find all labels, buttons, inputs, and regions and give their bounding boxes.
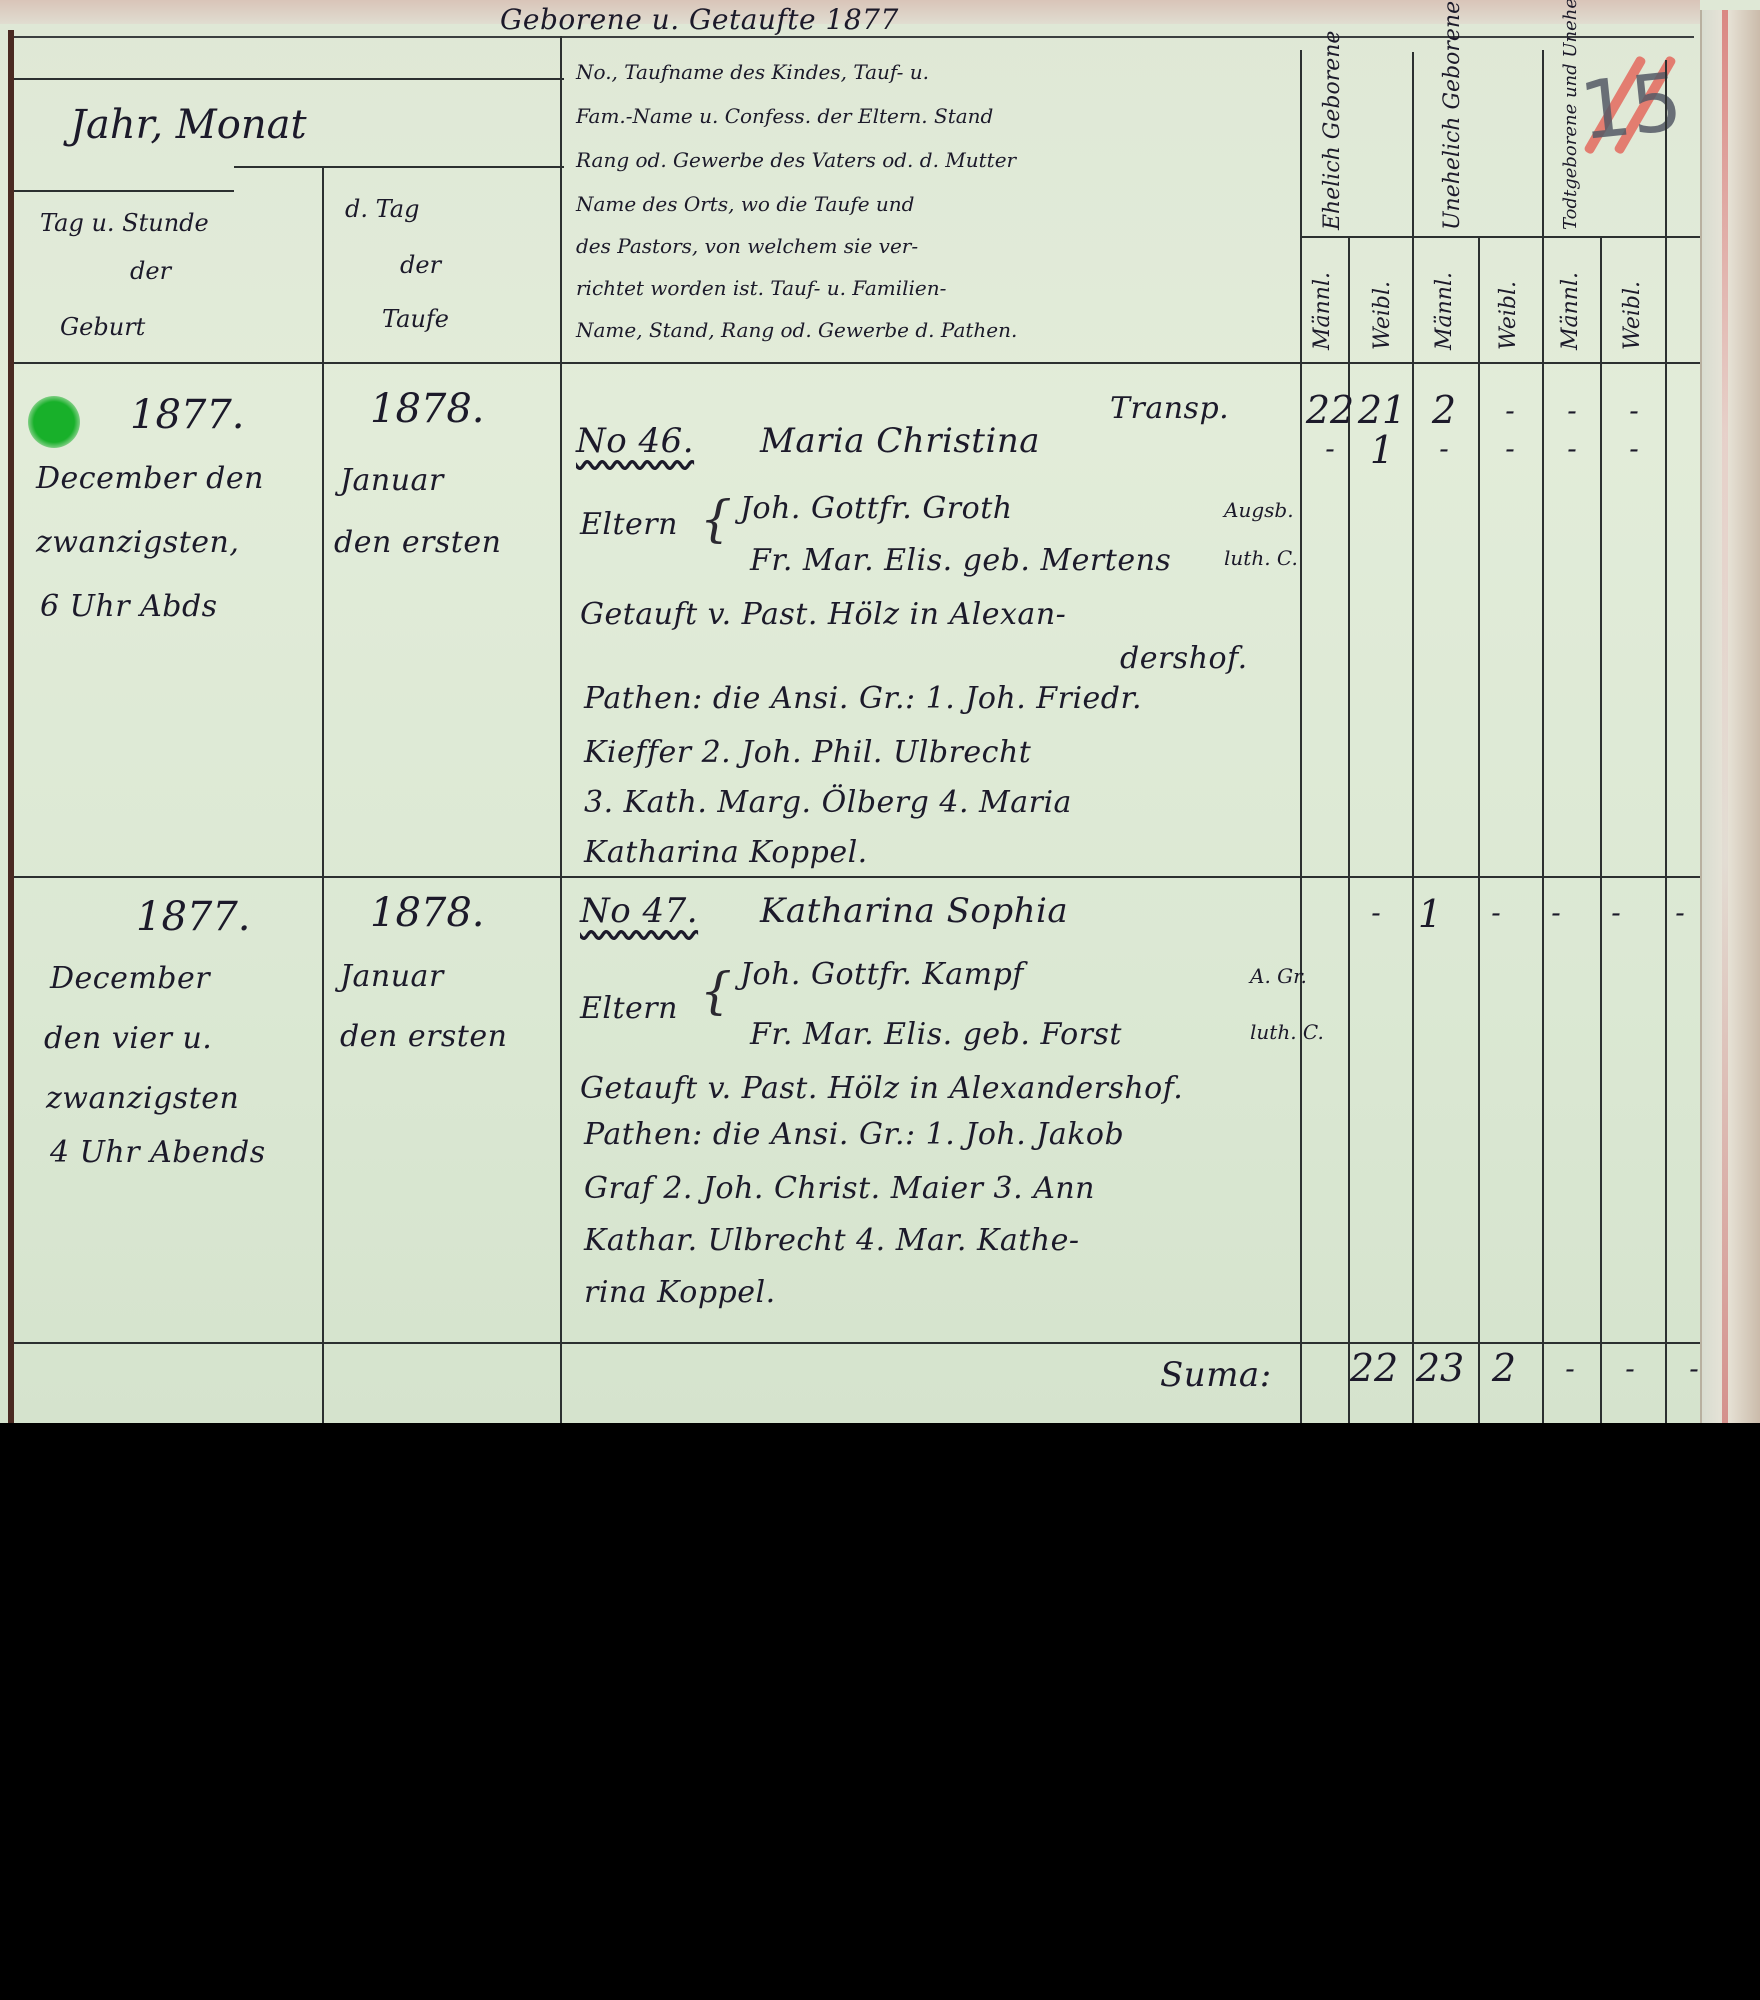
subheader-female: Weibl. [1496,260,1521,350]
confession: luth. C. [1250,1020,1324,1045]
header-year-month: Jahr, Monat [70,100,307,150]
page-title: Geborene u. Getaufte 1877 [500,2,899,37]
header-bottom-rule [14,362,1700,364]
father-name: Joh. Gottfr. Kampf [740,956,1024,994]
book-binding [8,30,14,1423]
child-name: Maria Christina [760,420,1040,463]
confession: A. Gr. [1250,964,1307,989]
subheader-female: Weibl. [1620,260,1645,350]
sponsors: Pathen: die Ansi. Gr.: 1. Joh. Friedr. [584,680,1142,718]
entry-number: No 47. [580,890,698,933]
page-right-edge [1700,10,1760,1423]
confession: Augsb. [1224,498,1294,523]
baptism-note: Getauft v. Past. Hölz in Alexan- [580,596,1066,634]
confession: luth. C. [1224,546,1298,571]
subheader-male: Männl. [1432,260,1457,350]
sponsors: Katharina Koppel. [584,834,868,872]
header-tally-group-illegitimate: Unehelich Geborene [1440,70,1465,230]
mother-name: Fr. Mar. Elis. geb. Forst [750,1016,1122,1054]
register-page: Geborene u. Getaufte 1877 15 Jahr, Monat… [0,0,1760,1423]
entry-number: No 46. [576,420,694,463]
baptism-note: Getauft v. Past. Hölz in Alexandershof. [580,1070,1183,1108]
baptism-note: dershof. [1120,640,1248,678]
subheader-male: Männl. [1558,260,1583,350]
header-tally-group-stillborn: Todtgeborene und Unehelich [1560,60,1581,230]
mother-name: Fr. Mar. Elis. geb. Mertens [750,542,1171,580]
parents-label: Eltern [580,506,678,544]
header-birth-line2: der [130,256,171,286]
sponsors: 3. Kath. Marg. Ölberg 4. Maria [584,784,1072,822]
child-name: Katharina Sophia [760,890,1068,933]
entry-separator [14,876,1700,878]
father-name: Joh. Gottfr. Groth [740,490,1013,528]
summary-label: Suma: [1160,1354,1272,1397]
sponsors: Kieffer 2. Joh. Phil. Ulbrecht [584,734,1031,772]
transport-label: Transp. [1110,390,1229,428]
sponsors: Graf 2. Joh. Christ. Maier 3. Ann [584,1170,1095,1208]
header-birth-line1: Tag u. Stunde [40,208,209,238]
header-baptism-line2: der [400,250,441,280]
header-birth-line3: Geburt [60,312,145,342]
sponsors: Pathen: die Ansi. Gr.: 1. Joh. Jakob [584,1116,1124,1154]
subheader-male: Männl. [1310,260,1335,350]
header-baptism-line3: Taufe [382,304,449,334]
header-tally-group-legitimate: Ehelich Geborene [1320,70,1345,230]
sponsors: rina Koppel. [584,1274,776,1312]
parents-label: Eltern [580,990,678,1028]
header-baptism-line1: d. Tag [345,194,419,224]
green-marker-dot [28,396,80,448]
subheader-female: Weibl. [1370,260,1395,350]
entry-separator [14,1342,1700,1344]
sponsors: Kathar. Ulbrecht 4. Mar. Kathe- [584,1222,1080,1260]
page-number: 15 [1575,55,1686,158]
